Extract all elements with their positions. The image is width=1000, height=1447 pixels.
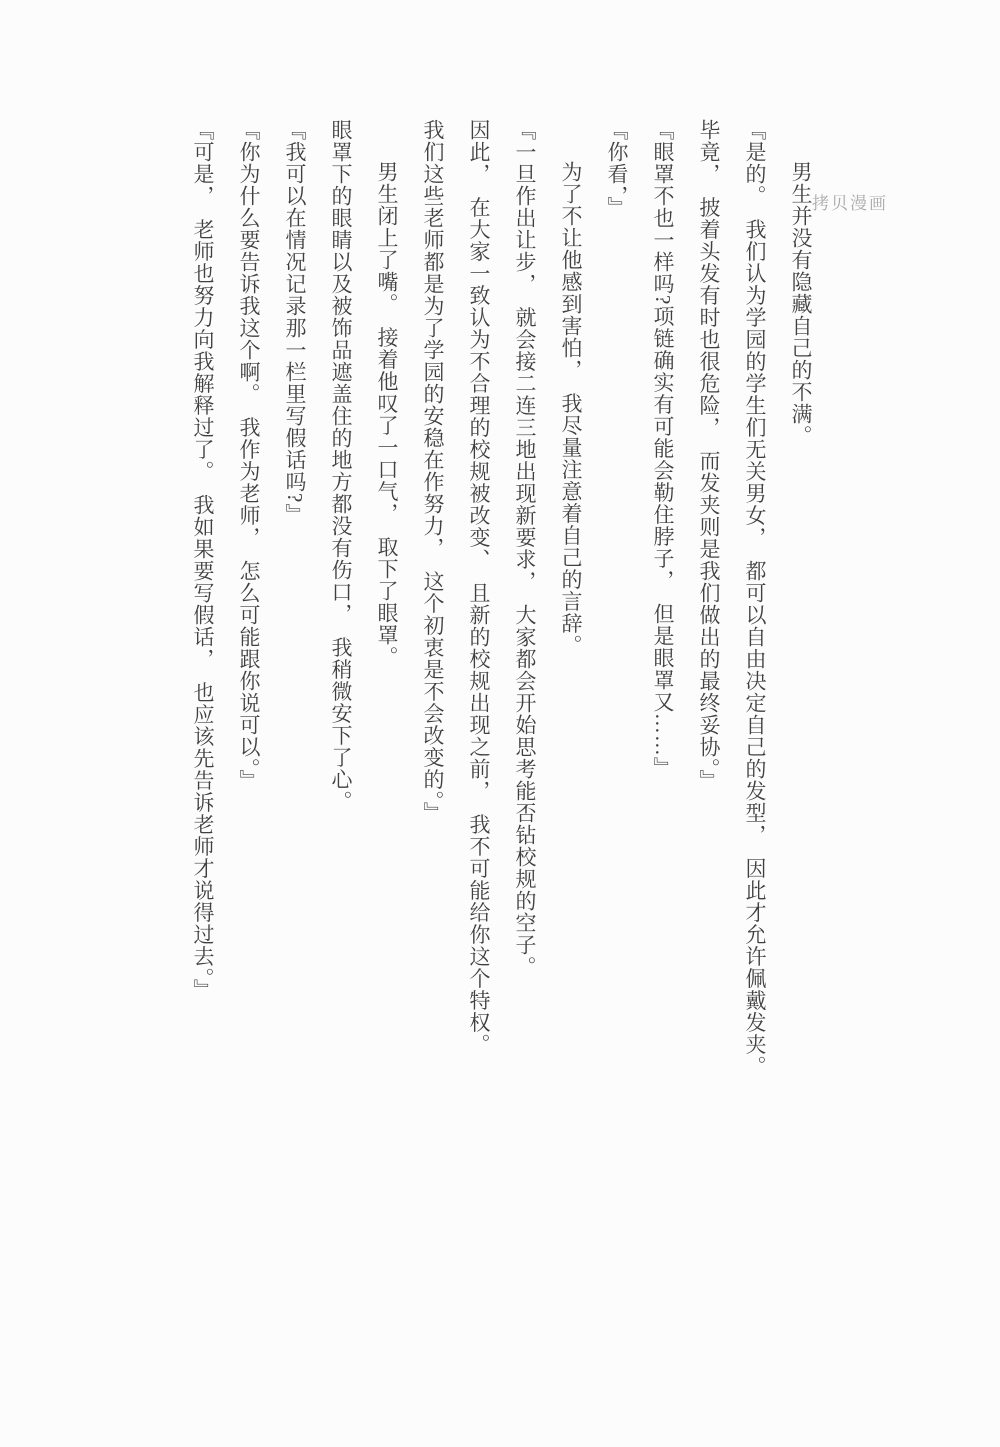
paragraph: 『我可以在情况记录那一栏里写假话吗?』	[272, 119, 318, 1134]
text-column: 『可是， 老师也努力向我解释过了。 我如果要写假话， 也应该先告诉老师才说得过去…	[180, 119, 226, 1134]
text-column: 毕竟， 披着头发有时也很危险， 而发夹则是我们做出的最终妥协。』	[686, 119, 732, 1134]
paragraph: 为了不让他感到害怕， 我尽量注意着自己的言辞。	[548, 119, 594, 1134]
novel-page: 拷贝漫画 男生并没有隐藏自己的不满。 『是的。 我们认为学园的学生们无关男女， …	[0, 0, 1000, 1447]
text-column: 『是的。 我们认为学园的学生们无关男女， 都可以自由决定自己的发型， 因此才允许…	[732, 119, 778, 1134]
text-column: 男生并没有隐藏自己的不满。	[778, 119, 824, 1134]
paragraph: 『一旦作出让步， 就会接二连三地出现新要求， 大家都会开始思考能否钻校规的空子。…	[410, 119, 548, 1134]
paragraph: 男生并没有隐藏自己的不满。	[778, 119, 824, 1134]
paragraph: 『你为什么要告诉我这个啊。 我作为老师， 怎么可能跟你说可以。』	[226, 119, 272, 1134]
text-column: 『一旦作出让步， 就会接二连三地出现新要求， 大家都会开始思考能否钻校规的空子。	[502, 119, 548, 1134]
paragraph: 『你看，』	[594, 119, 640, 1134]
text-column: 为了不让他感到害怕， 我尽量注意着自己的言辞。	[548, 119, 594, 1134]
novel-text: 男生并没有隐藏自己的不满。 『是的。 我们认为学园的学生们无关男女， 都可以自由…	[180, 119, 824, 1134]
text-column: 『我可以在情况记录那一栏里写假话吗?』	[272, 119, 318, 1134]
text-column: 男生闭上了嘴。 接着他叹了一口气， 取下了眼罩。	[364, 119, 410, 1134]
text-column: 『你为什么要告诉我这个啊。 我作为老师， 怎么可能跟你说可以。』	[226, 119, 272, 1134]
text-column: 『眼罩不也一样吗?项链确实有可能会勒住脖子， 但是眼罩又……』	[640, 119, 686, 1134]
text-column: 眼罩下的眼睛以及被饰品遮盖住的地方都没有伤口， 我稍微安下了心。	[318, 119, 364, 1134]
paragraph: 『是的。 我们认为学园的学生们无关男女， 都可以自由决定自己的发型， 因此才允许…	[686, 119, 778, 1134]
paragraph: 男生闭上了嘴。 接着他叹了一口气， 取下了眼罩。	[364, 119, 410, 1134]
paragraph: 眼罩下的眼睛以及被饰品遮盖住的地方都没有伤口， 我稍微安下了心。	[318, 119, 364, 1134]
paragraph: 『可是， 老师也努力向我解释过了。 我如果要写假话， 也应该先告诉老师才说得过去…	[180, 119, 226, 1134]
text-column: 我们这些老师都是为了学园的安稳在作努力， 这个初衷是不会改变的。』	[410, 119, 456, 1134]
text-column: 『你看，』	[594, 119, 640, 1134]
paragraph: 『眼罩不也一样吗?项链确实有可能会勒住脖子， 但是眼罩又……』	[640, 119, 686, 1134]
text-column: 因此， 在大家一致认为不合理的校规被改变、 且新的校规出现之前， 我不可能给你这…	[456, 119, 502, 1134]
